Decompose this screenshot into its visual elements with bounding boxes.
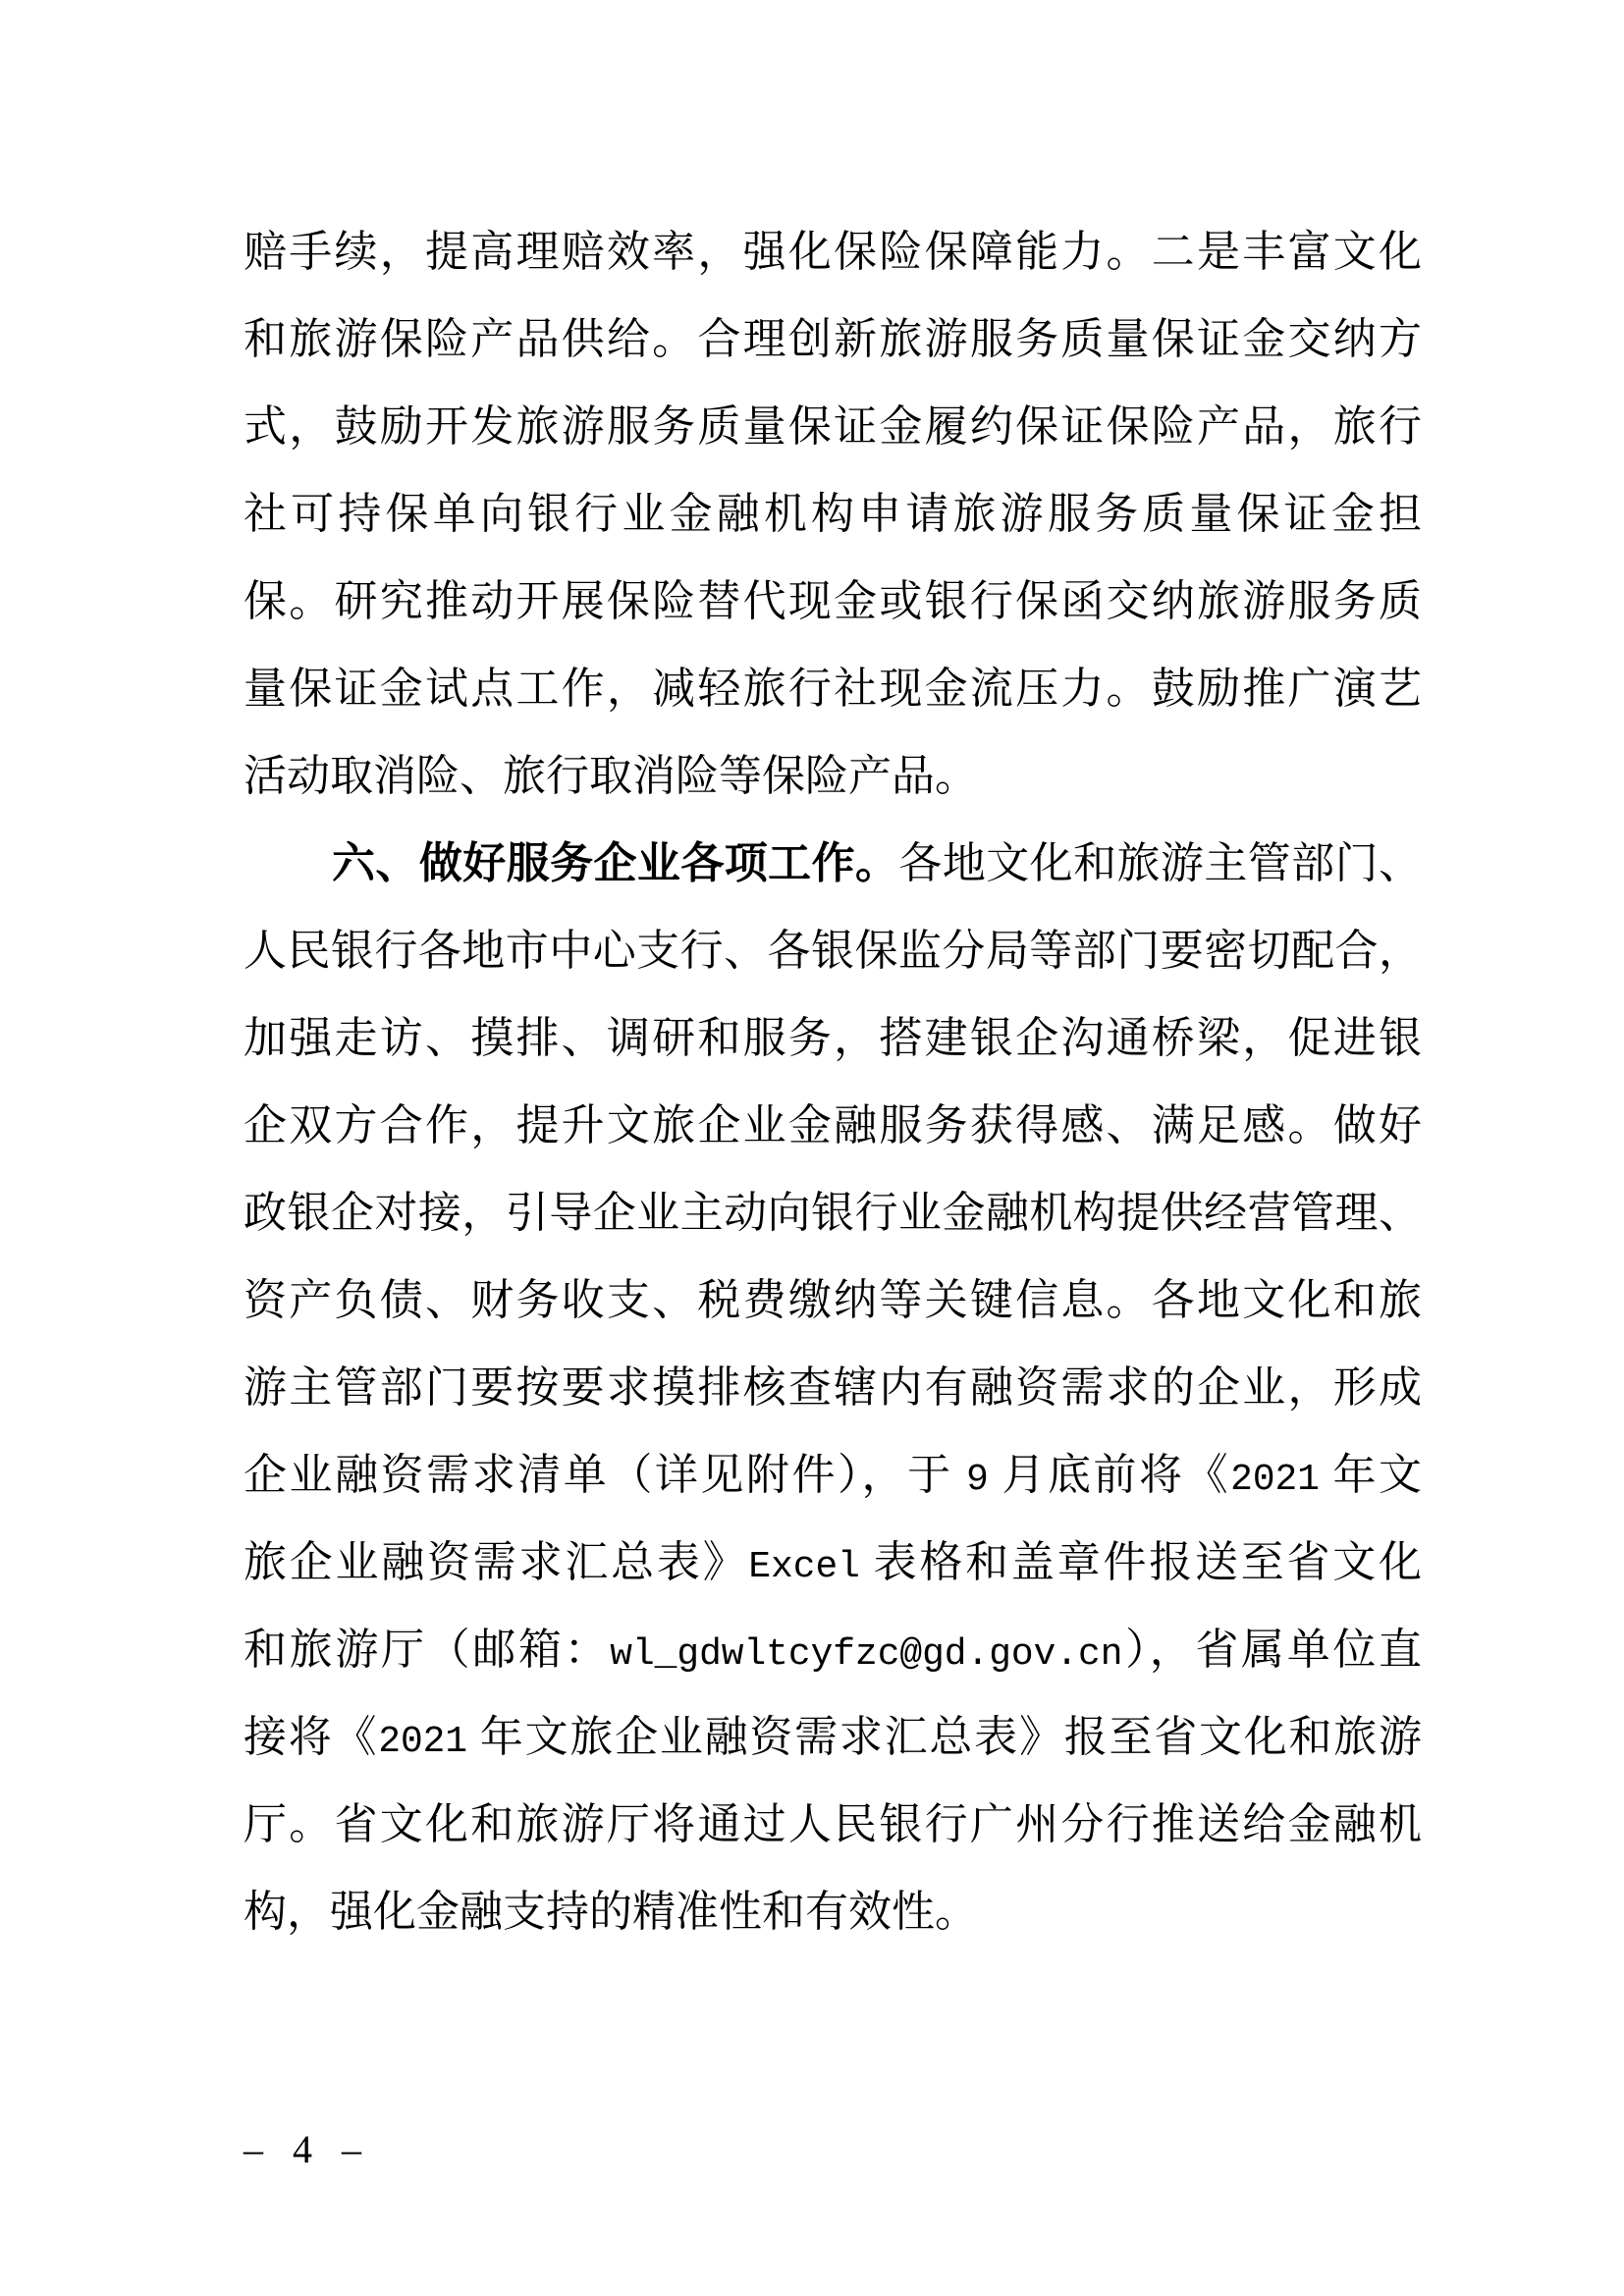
text-run: 接将《 <box>244 1713 378 1761</box>
text-line: 政银企对接，引导企业主动向银行业金融机构提供经营管理、 <box>244 1169 1422 1256</box>
text-line: 活动取消险、旅行取消险等保险产品。 <box>244 732 1422 820</box>
text-run: 各地文化和旅游主管部门、 <box>898 839 1422 887</box>
text-run: 量保证金试点工作，减轻旅行社现金流压力。鼓励推广演艺 <box>244 665 1422 713</box>
text-line: 资产负债、财务收支、税费缴纳等关键信息。各地文化和旅 <box>244 1256 1422 1344</box>
text-run: 游主管部门要按要求摸排核查辖内有融资需求的企业，形成 <box>244 1363 1422 1412</box>
text-run: 社可持保单向银行业金融机构申请旅游服务质量保证金担 <box>244 490 1422 538</box>
text-run: 资产负债、财务收支、税费缴纳等关键信息。各地文化和旅 <box>244 1276 1422 1324</box>
text-run: 和旅游厅（邮箱： <box>244 1626 610 1674</box>
text-run: 9 <box>966 1459 989 1501</box>
text-line: 人民银行各地市中心支行、各银保监分局等部门要密切配合， <box>244 907 1422 994</box>
text-run: 人民银行各地市中心支行、各银保监分局等部门要密切配合， <box>244 927 1422 975</box>
text-line: 量保证金试点工作，减轻旅行社现金流压力。鼓励推广演艺 <box>244 645 1422 732</box>
text-run: 加强走访、摸排、调研和服务，搭建银企沟通桥梁，促进银 <box>244 1014 1422 1062</box>
text-line: 厅。省文化和旅游厅将通过人民银行广州分行推送给金融机 <box>244 1781 1422 1868</box>
text-line: 赔手续，提高理赔效率，强化保险保障能力。二是丰富文化 <box>244 208 1422 295</box>
text-run: 企双方合作，提升文旅企业金融服务获得感、满足感。做好 <box>244 1101 1422 1149</box>
text-run: 2021 <box>378 1721 467 1763</box>
text-run: 和旅游保险产品供给。合理创新旅游服务质量保证金交纳方 <box>244 315 1422 363</box>
text-run: wl_gdwltcyfzc@gd.gov.cn <box>610 1633 1122 1676</box>
text-line: 式，鼓励开发旅游服务质量保证金履约保证保险产品，旅行 <box>244 383 1422 470</box>
text-line: 接将《2021 年文旅企业融资需求汇总表》报至省文化和旅游 <box>244 1693 1422 1781</box>
text-line: 构，强化金融支持的精准性和有效性。 <box>244 1868 1422 1955</box>
text-run: 表格和盖章件报送至省文化 <box>860 1538 1422 1586</box>
text-line: 游主管部门要按要求摸排核查辖内有融资需求的企业，形成 <box>244 1344 1422 1431</box>
text-run: 年文 <box>1320 1451 1422 1499</box>
text-line: 和旅游厅（邮箱：wl_gdwltcyfzc@gd.gov.cn），省属单位直 <box>244 1606 1422 1693</box>
page-number: – 4 – <box>244 2126 371 2173</box>
text-run: 企业融资需求清单（详见附件），于 <box>244 1451 966 1499</box>
text-run-bold: 六、做好服务企业各项工作。 <box>332 839 898 887</box>
document-body: 赔手续，提高理赔效率，强化保险保障能力。二是丰富文化和旅游保险产品供给。合理创新… <box>244 208 1422 1955</box>
text-run: 保。研究推动开展保险替代现金或银行保函交纳旅游服务质 <box>244 577 1422 625</box>
text-run: ），省属单位直 <box>1122 1626 1422 1674</box>
text-run: 赔手续，提高理赔效率，强化保险保障能力。二是丰富文化 <box>244 228 1422 276</box>
text-line: 企业融资需求清单（详见附件），于 9 月底前将《2021 年文 <box>244 1431 1422 1519</box>
text-line: 保。研究推动开展保险替代现金或银行保函交纳旅游服务质 <box>244 558 1422 645</box>
text-line: 企双方合作，提升文旅企业金融服务获得感、满足感。做好 <box>244 1082 1422 1169</box>
paragraph-section-six-serve-enterprises: 六、做好服务企业各项工作。各地文化和旅游主管部门、人民银行各地市中心支行、各银保… <box>244 820 1422 1955</box>
text-line: 和旅游保险产品供给。合理创新旅游服务质量保证金交纳方 <box>244 295 1422 383</box>
text-run: 政银企对接，引导企业主动向银行业金融机构提供经营管理、 <box>244 1189 1422 1237</box>
text-run: 厅。省文化和旅游厅将通过人民银行广州分行推送给金融机 <box>244 1800 1422 1848</box>
text-run: 活动取消险、旅行取消险等保险产品。 <box>244 752 978 800</box>
document-page: { "page": { "footer": { "page_number": "… <box>0 0 1624 2296</box>
text-run: 2021 <box>1230 1459 1320 1501</box>
text-run: Excel <box>748 1546 860 1588</box>
text-run: 旅企业融资需求汇总表》 <box>244 1538 748 1586</box>
text-line: 社可持保单向银行业金融机构申请旅游服务质量保证金担 <box>244 470 1422 558</box>
text-run: 年文旅企业融资需求汇总表》报至省文化和旅游 <box>467 1713 1422 1761</box>
text-run: 月底前将《 <box>989 1451 1230 1499</box>
text-line: 加强走访、摸排、调研和服务，搭建银企沟通桥梁，促进银 <box>244 994 1422 1082</box>
text-line: 六、做好服务企业各项工作。各地文化和旅游主管部门、 <box>244 820 1422 907</box>
paragraph-insurance-measures: 赔手续，提高理赔效率，强化保险保障能力。二是丰富文化和旅游保险产品供给。合理创新… <box>244 208 1422 820</box>
text-run: 构，强化金融支持的精准性和有效性。 <box>244 1888 978 1936</box>
text-run: 式，鼓励开发旅游服务质量保证金履约保证保险产品，旅行 <box>244 402 1422 451</box>
text-line: 旅企业融资需求汇总表》Excel 表格和盖章件报送至省文化 <box>244 1519 1422 1606</box>
